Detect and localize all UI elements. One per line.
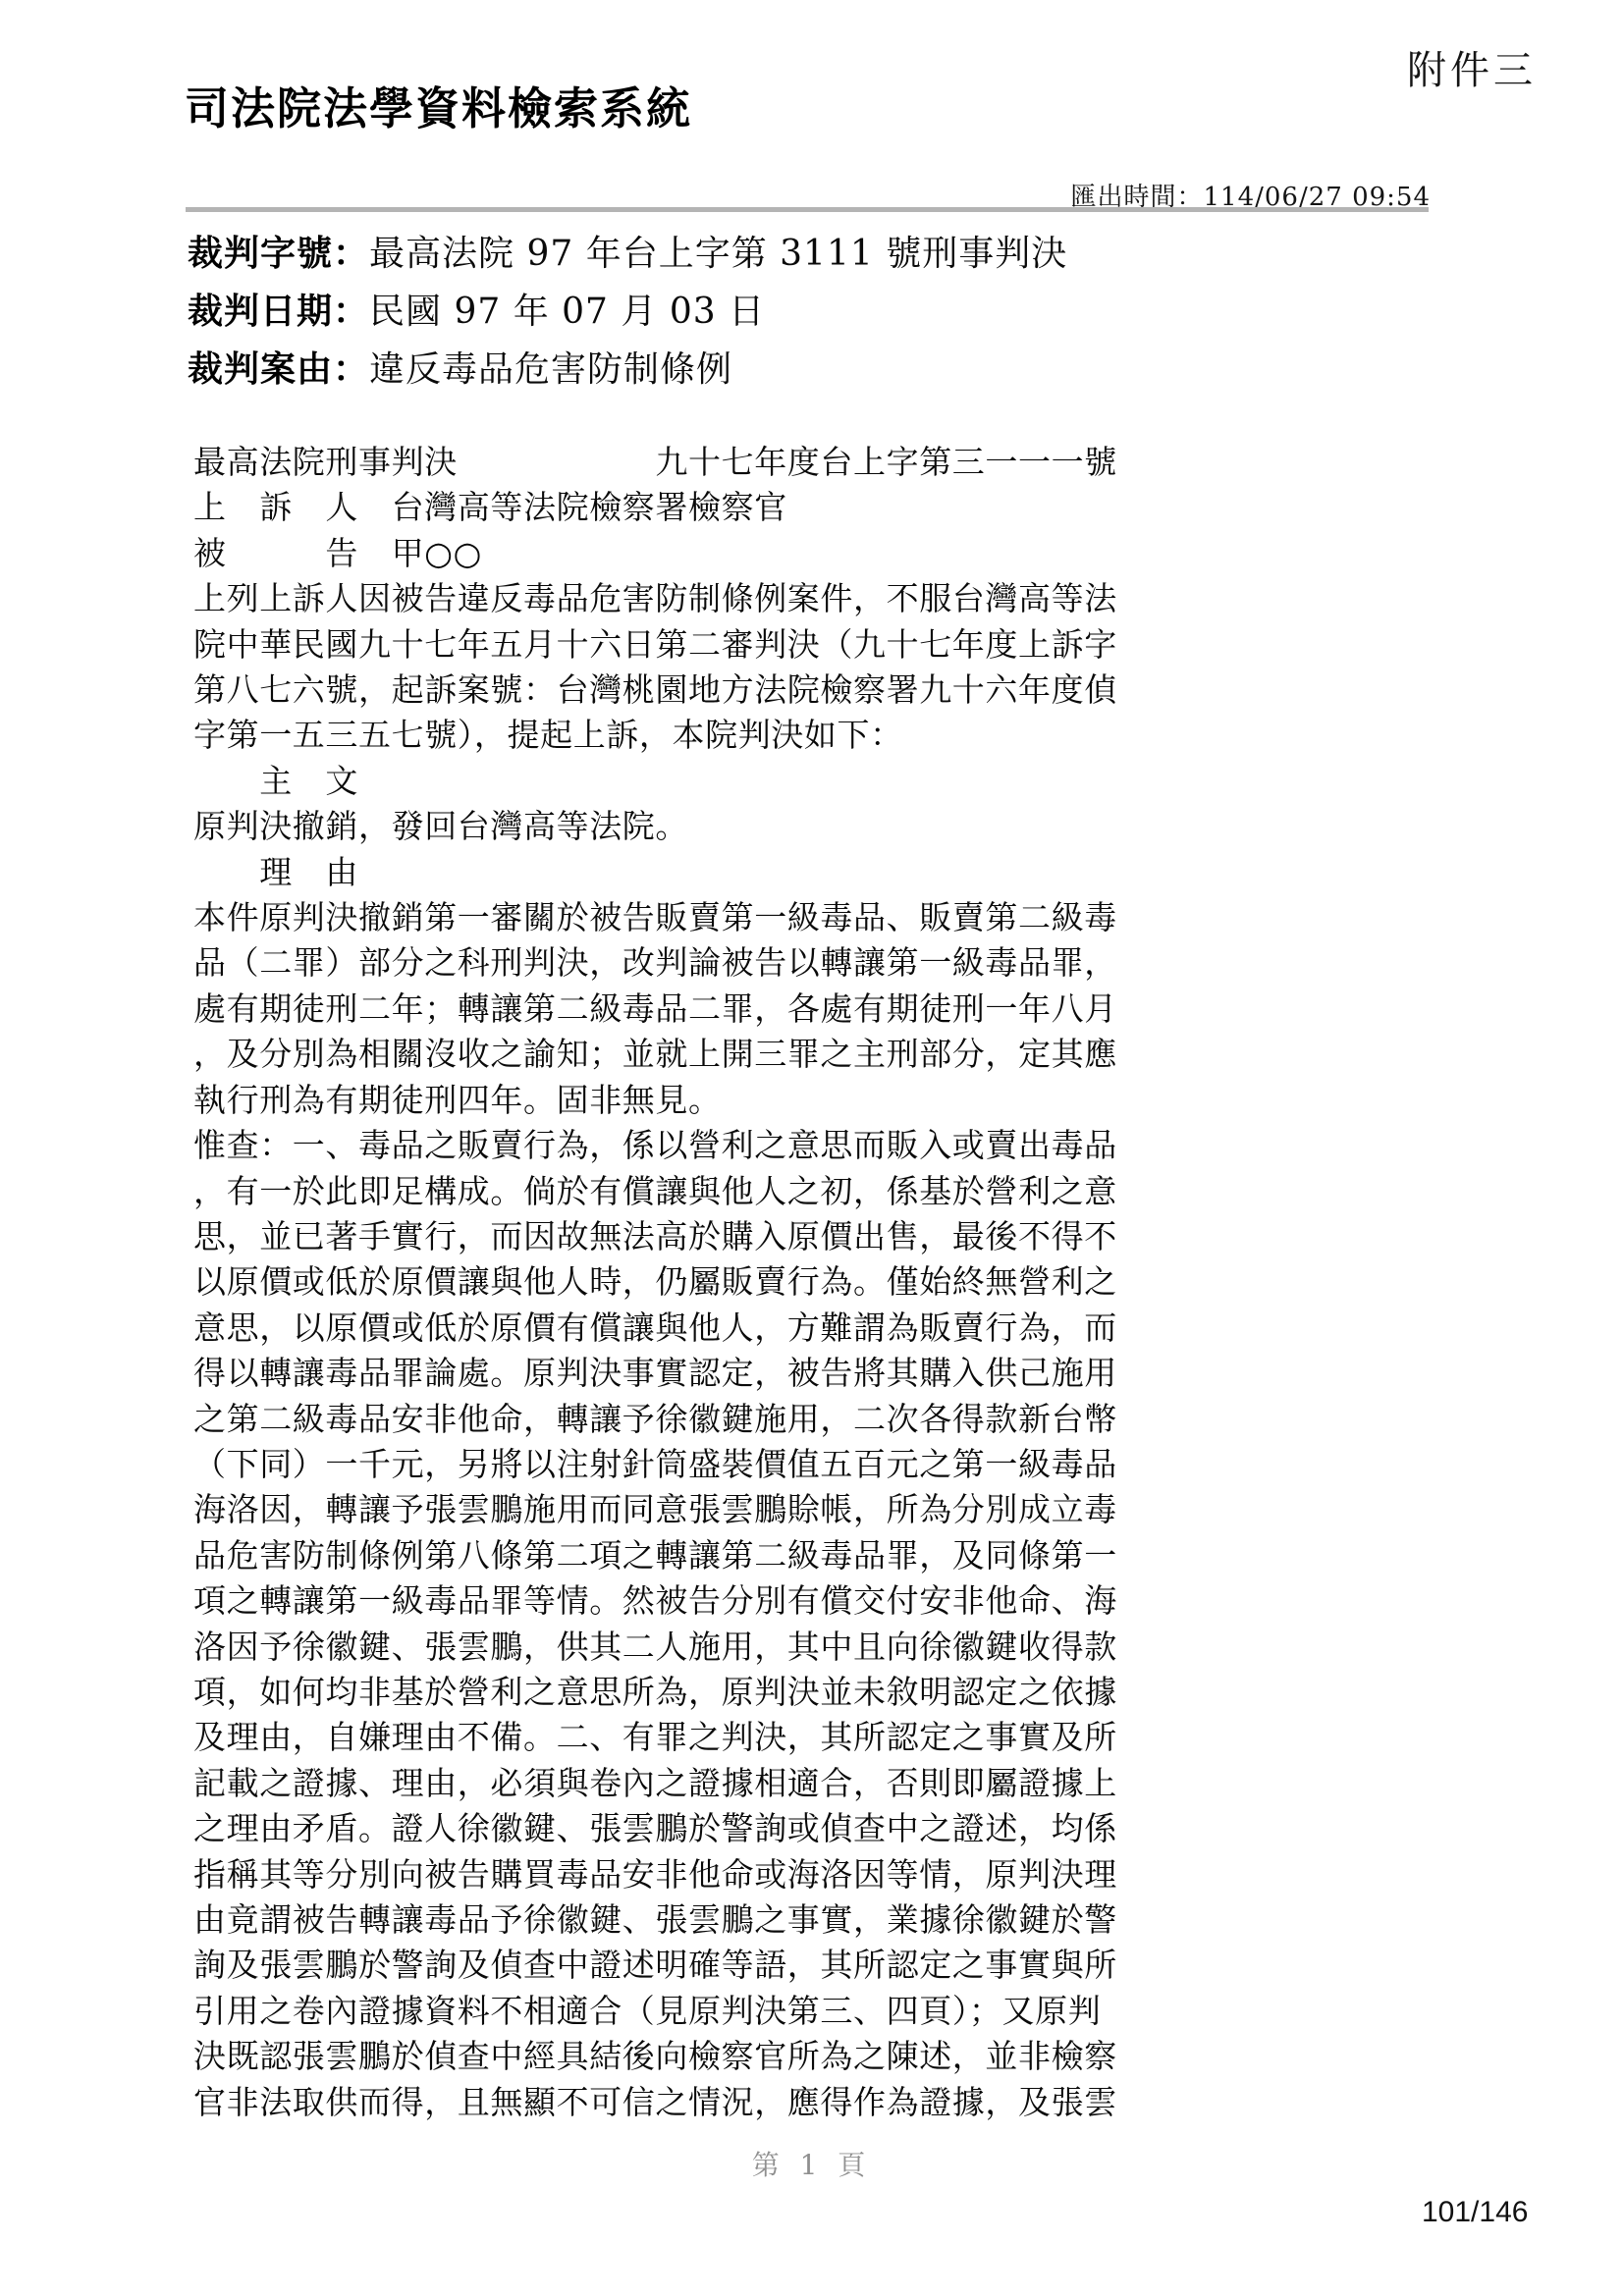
header-divider (186, 207, 1429, 212)
case-number-value: 最高法院 97 年台上字第 3111 號刑事判決 (369, 234, 1067, 274)
case-number-label: 裁判字號： (188, 233, 369, 274)
pdf-page-number: 101/146 (1422, 2196, 1528, 2229)
judgment-body-text: 最高法院刑事判決 九十七年度台上字第三一一一號 上 訴 人 台灣高等法院檢察署檢… (193, 440, 1117, 2125)
judgment-date-value: 民國 97 年 07 月 03 日 (369, 292, 765, 332)
meta-row-judgment-date: 裁判日期：民國 97 年 07 月 03 日 (188, 283, 1067, 341)
meta-row-case-cause: 裁判案由：違反毒品危害防制條例 (188, 341, 1067, 399)
page-footer-label: 第 1 頁 (0, 2144, 1623, 2183)
judgment-meta: 裁判字號：最高法院 97 年台上字第 3111 號刑事判決 裁判日期：民國 97… (188, 225, 1067, 399)
judgment-date-label: 裁判日期： (188, 291, 369, 332)
meta-row-case-number: 裁判字號：最高法院 97 年台上字第 3111 號刑事判決 (188, 225, 1067, 283)
page-title: 司法院法學資料檢索系統 (185, 73, 692, 136)
case-cause-label: 裁判案由： (188, 348, 369, 390)
attachment-label: 附件三 (1407, 39, 1537, 95)
case-cause-value: 違反毒品危害防制條例 (369, 349, 732, 390)
document-page: 附件三 司法院法學資料檢索系統 匯出時間：114/06/27 09:54 裁判字… (0, 0, 1623, 2296)
